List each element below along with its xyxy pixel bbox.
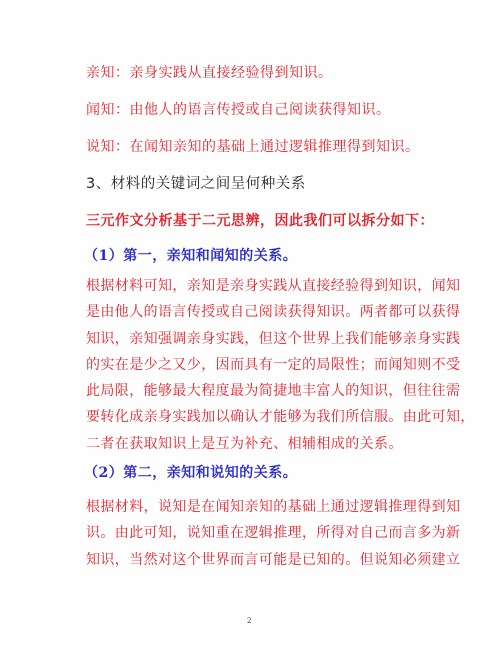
subsection-2-heading: （2）第二，亲知和说知的关系。 <box>84 462 297 482</box>
subsection-2-paragraph: 根据材料，说知是在闻知亲知的基础上通过逻辑推理得到知 识。由此可知，说知重在逻辑… <box>86 494 426 573</box>
section-heading: 3、材料的关键词之间呈何种关系 <box>86 172 306 193</box>
paragraph-line: 根据材料，说知是在闻知亲知的基础上通过逻辑推理得到知 <box>86 494 426 520</box>
subsection-1-paragraph: 根据材料可知，亲知是亲身实践从直接经验得到知识，闻知 是由他人的语言传授或自己阅… <box>86 273 426 457</box>
paragraph-line: 要转化成亲身实践加以确认才能够为我们所信服。由此可知， <box>86 404 426 430</box>
paragraph-line: 是由他人的语言传授或自己阅读获得知识。两者都可以获得 <box>86 299 426 325</box>
paragraph-line: 识。由此可知，说知重在逻辑推理，所得对自己而言多为新 <box>86 520 426 546</box>
definition-wenzhi: 闻知：由他人的语言传授或自己阅读获得知识。 <box>86 99 391 119</box>
paragraph-line: 的实在是少之又少，因而具有一定的局限性；而闻知则不受 <box>86 352 426 378</box>
intro-text: 三元作文分析基于二元思辨，因此我们可以拆分如下： <box>86 210 434 230</box>
paragraph-line: 知识，当然对这个世界而言可能是已知的。但说知必须建立 <box>86 547 426 573</box>
paragraph-line: 根据材料可知，亲知是亲身实践从直接经验得到知识，闻知 <box>86 273 426 299</box>
subsection-1-heading: （1）第一，亲知和闻知的关系。 <box>84 245 297 265</box>
page-number: 2 <box>247 617 251 625</box>
paragraph-line: 二者在获取知识上是互为补充、相辅相成的关系。 <box>86 431 426 457</box>
paragraph-line: 此局限，能够最大程度最为简捷地丰富人的知识，但往往需 <box>86 378 426 404</box>
definition-shuozhi: 说知：在闻知亲知的基础上通过逻辑推理得到知识。 <box>86 136 420 156</box>
paragraph-line: 知识，亲知强调亲身实践，但这个世界上我们能够亲身实践 <box>86 326 426 352</box>
definition-qinzhi: 亲知：亲身实践从直接经验得到知识。 <box>86 62 333 82</box>
